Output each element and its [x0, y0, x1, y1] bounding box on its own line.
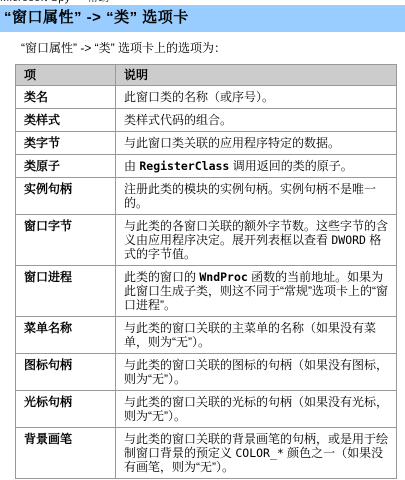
option-name: 类原子	[16, 155, 116, 178]
description-text: 由	[124, 159, 139, 173]
table-row: 光标句柄与此类的窗口关联的光标的句柄（如果没有光标，则为“无”）。	[16, 391, 397, 428]
option-description: 由 RegisterClass 调用返回的类的原子。	[116, 155, 397, 178]
option-description: 注册此类的模块的实例句柄。实例句柄不是唯一的。	[116, 178, 397, 215]
column-header-description: 说明	[116, 65, 397, 86]
option-description: 与此类的窗口关联的主菜单的名称（如果没有菜单，则为“无”）。	[116, 317, 397, 354]
table-body: 类名此窗口类的名称（或序号）。类样式类样式代码的组合。类字节与此窗口类关联的应用…	[16, 86, 397, 479]
option-name: 图标句柄	[16, 354, 116, 391]
code-term: WndProc	[199, 270, 247, 284]
option-description: 此窗口类的名称（或序号）。	[116, 86, 397, 109]
option-description: 此类的窗口的 WndProc 函数的当前地址。如果为此窗口生成子类，则这不同于“…	[116, 266, 397, 317]
option-description: 与此窗口类关联的应用程序特定的数据。	[116, 132, 397, 155]
table-row: 窗口进程此类的窗口的 WndProc 函数的当前地址。如果为此窗口生成子类，则这…	[16, 266, 397, 317]
option-name: 光标句柄	[16, 391, 116, 428]
description-text: 与此类的窗口关联的图标的句柄（如果没有图标，则为“无”）。	[124, 358, 388, 386]
option-name: 背景画笔	[16, 428, 116, 479]
table-row: 类原子由 RegisterClass 调用返回的类的原子。	[16, 155, 397, 178]
description-text: 注册此类的模块的实例句柄。实例句柄不是唯一的。	[124, 182, 376, 210]
description-text: 此类的窗口的	[124, 270, 199, 284]
table-row: 背景画笔与此类的窗口关联的背景画笔的句柄，或是用于绘制窗口背景的预定义 COLO…	[16, 428, 397, 479]
description-text: 此窗口类的名称（或序号）。	[124, 90, 274, 104]
description-text: 与此类的窗口关联的光标的句柄（如果没有光标，则为“无”）。	[124, 395, 388, 423]
page-title: “窗口属性” -> “类” 选项卡	[4, 9, 400, 26]
option-name: 窗口字节	[16, 215, 116, 266]
column-header-item: 项	[16, 65, 116, 86]
option-description: 与此类的各窗口关联的额外字节数。这些字节的含义由应用程序决定。展开列表框以查看 …	[116, 215, 397, 266]
table-row: 类名此窗口类的名称（或序号）。	[16, 86, 397, 109]
table-header-row: 项 说明	[16, 65, 397, 86]
description-text: 调用返回的类的原子。	[229, 159, 352, 173]
table-row: 实例句柄注册此类的模块的实例句柄。实例句柄不是唯一的。	[16, 178, 397, 215]
option-name: 窗口进程	[16, 266, 116, 317]
table-row: 类字节与此窗口类关联的应用程序特定的数据。	[16, 132, 397, 155]
option-description: 类样式代码的组合。	[116, 109, 397, 132]
topic-heading-bar: “窗口属性” -> “类” 选项卡	[0, 5, 405, 32]
option-name: 菜单名称	[16, 317, 116, 354]
table-row: 菜单名称与此类的窗口关联的主菜单的名称（如果没有菜单，则为“无”）。	[16, 317, 397, 354]
option-name: 类样式	[16, 109, 116, 132]
options-table: 项 说明 类名此窗口类的名称（或序号）。类样式类样式代码的组合。类字节与此窗口类…	[15, 64, 397, 479]
option-name: 类字节	[16, 132, 116, 155]
code-term: RegisterClass	[139, 159, 229, 173]
table-row: 图标句柄与此类的窗口关联的图标的句柄（如果没有图标，则为“无”）。	[16, 354, 397, 391]
option-description: 与此类的窗口关联的图标的句柄（如果没有图标，则为“无”）。	[116, 354, 397, 391]
help-page: Microsoft Spy++ 帮助 “窗口属性” -> “类” 选项卡 “窗口…	[0, 0, 405, 479]
table-row: 窗口字节与此类的各窗口关联的额外字节数。这些字节的含义由应用程序决定。展开列表框…	[16, 215, 397, 266]
table-row: 类样式类样式代码的组合。	[16, 109, 397, 132]
code-term: COLOR_*	[235, 446, 283, 460]
option-name: 实例句柄	[16, 178, 116, 215]
option-description: 与此类的窗口关联的背景画笔的句柄，或是用于绘制窗口背景的预定义 COLOR_* …	[116, 428, 397, 479]
description-text: 与此类的窗口关联的主菜单的名称（如果没有菜单，则为“无”）。	[124, 321, 376, 349]
description-text: 类样式代码的组合。	[124, 113, 232, 127]
description-text: 与此窗口类关联的应用程序特定的数据。	[124, 136, 340, 150]
option-name: 类名	[16, 86, 116, 109]
code-term: DWORD	[331, 233, 366, 247]
option-description: 与此类的窗口关联的光标的句柄（如果没有光标，则为“无”）。	[116, 391, 397, 428]
intro-text: “窗口属性” -> “类” 选项卡上的选项为：	[21, 41, 405, 55]
window-title-text: Microsoft Spy++ 帮助	[0, 0, 405, 4]
